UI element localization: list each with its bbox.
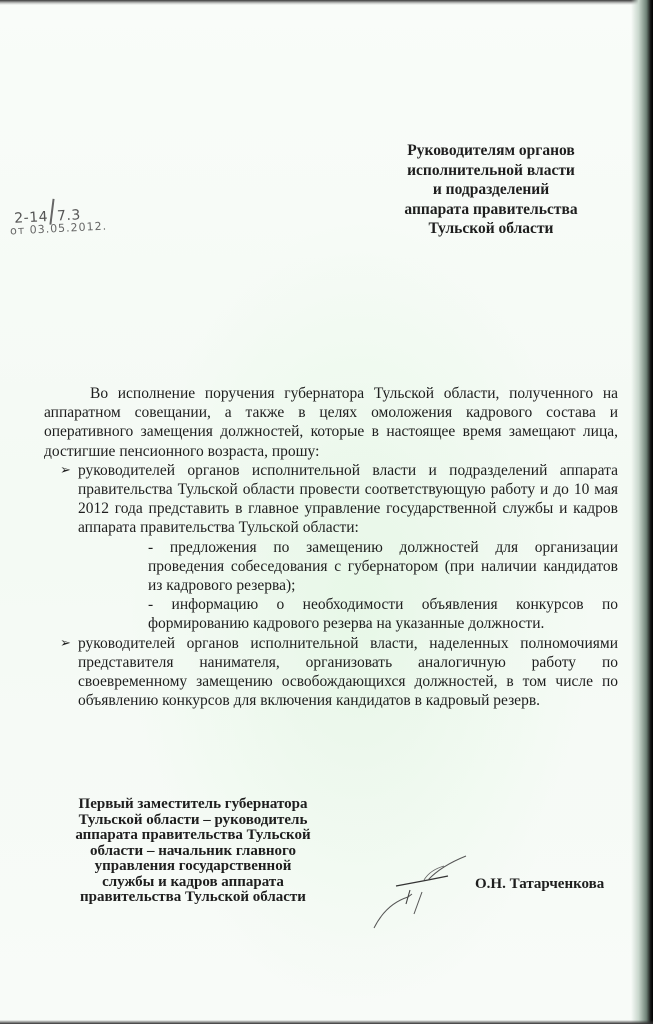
position-line: правительства Тульской области xyxy=(52,890,334,906)
addressee-line: Руководителям органов xyxy=(360,141,622,161)
bullet-item: ➢ руководителей органов исполнительной в… xyxy=(44,634,618,711)
position-line: службы и кадров аппарата xyxy=(52,875,334,891)
bullet-text: руководителей органов исполнительной вла… xyxy=(78,462,618,537)
arrow-bullet-icon: ➢ xyxy=(60,634,71,653)
intro-paragraph: Во исполнение поручения губернатора Туль… xyxy=(44,384,618,461)
arrow-bullet-icon: ➢ xyxy=(60,461,71,480)
position-line: управления государственной xyxy=(52,859,334,875)
slash-mark xyxy=(49,199,54,225)
position-line: Тульской области – руководитель xyxy=(52,813,334,829)
addressee-line: исполнительной власти xyxy=(360,161,622,181)
scan-edge-right xyxy=(631,0,653,1024)
addressee-block: Руководителям органов исполнительной вла… xyxy=(360,141,622,239)
signer-name: О.Н. Татарченкова xyxy=(475,876,604,893)
sub-item: - информацию о необходимости объявления … xyxy=(148,595,618,633)
handwritten-signature-icon xyxy=(366,852,486,932)
addressee-line: Тульской области xyxy=(360,219,622,239)
position-line: области – начальник главного xyxy=(52,844,334,860)
position-line: аппарата правительства Тульской xyxy=(52,828,334,844)
position-line: Первый заместитель губернатора xyxy=(52,797,334,813)
sub-item: - предложения по замещению должностей дл… xyxy=(148,538,618,596)
sub-list: - предложения по замещению должностей дл… xyxy=(44,538,618,634)
bullet-text: руководителей органов исполнительной вла… xyxy=(78,635,618,710)
scanned-document-page: Руководителям органов исполнительной вла… xyxy=(0,0,653,1024)
bullet-item: ➢ руководителей органов исполнительной в… xyxy=(44,461,618,538)
addressee-line: аппарата правительства xyxy=(360,200,622,220)
scan-edge-top xyxy=(0,0,653,5)
signatory-position: Первый заместитель губернатора Тульской … xyxy=(52,797,334,906)
addressee-line: и подразделений xyxy=(360,180,622,200)
letter-body: Во исполнение поручения губернатора Туль… xyxy=(44,384,618,710)
scan-edge-bottom xyxy=(0,1020,653,1024)
